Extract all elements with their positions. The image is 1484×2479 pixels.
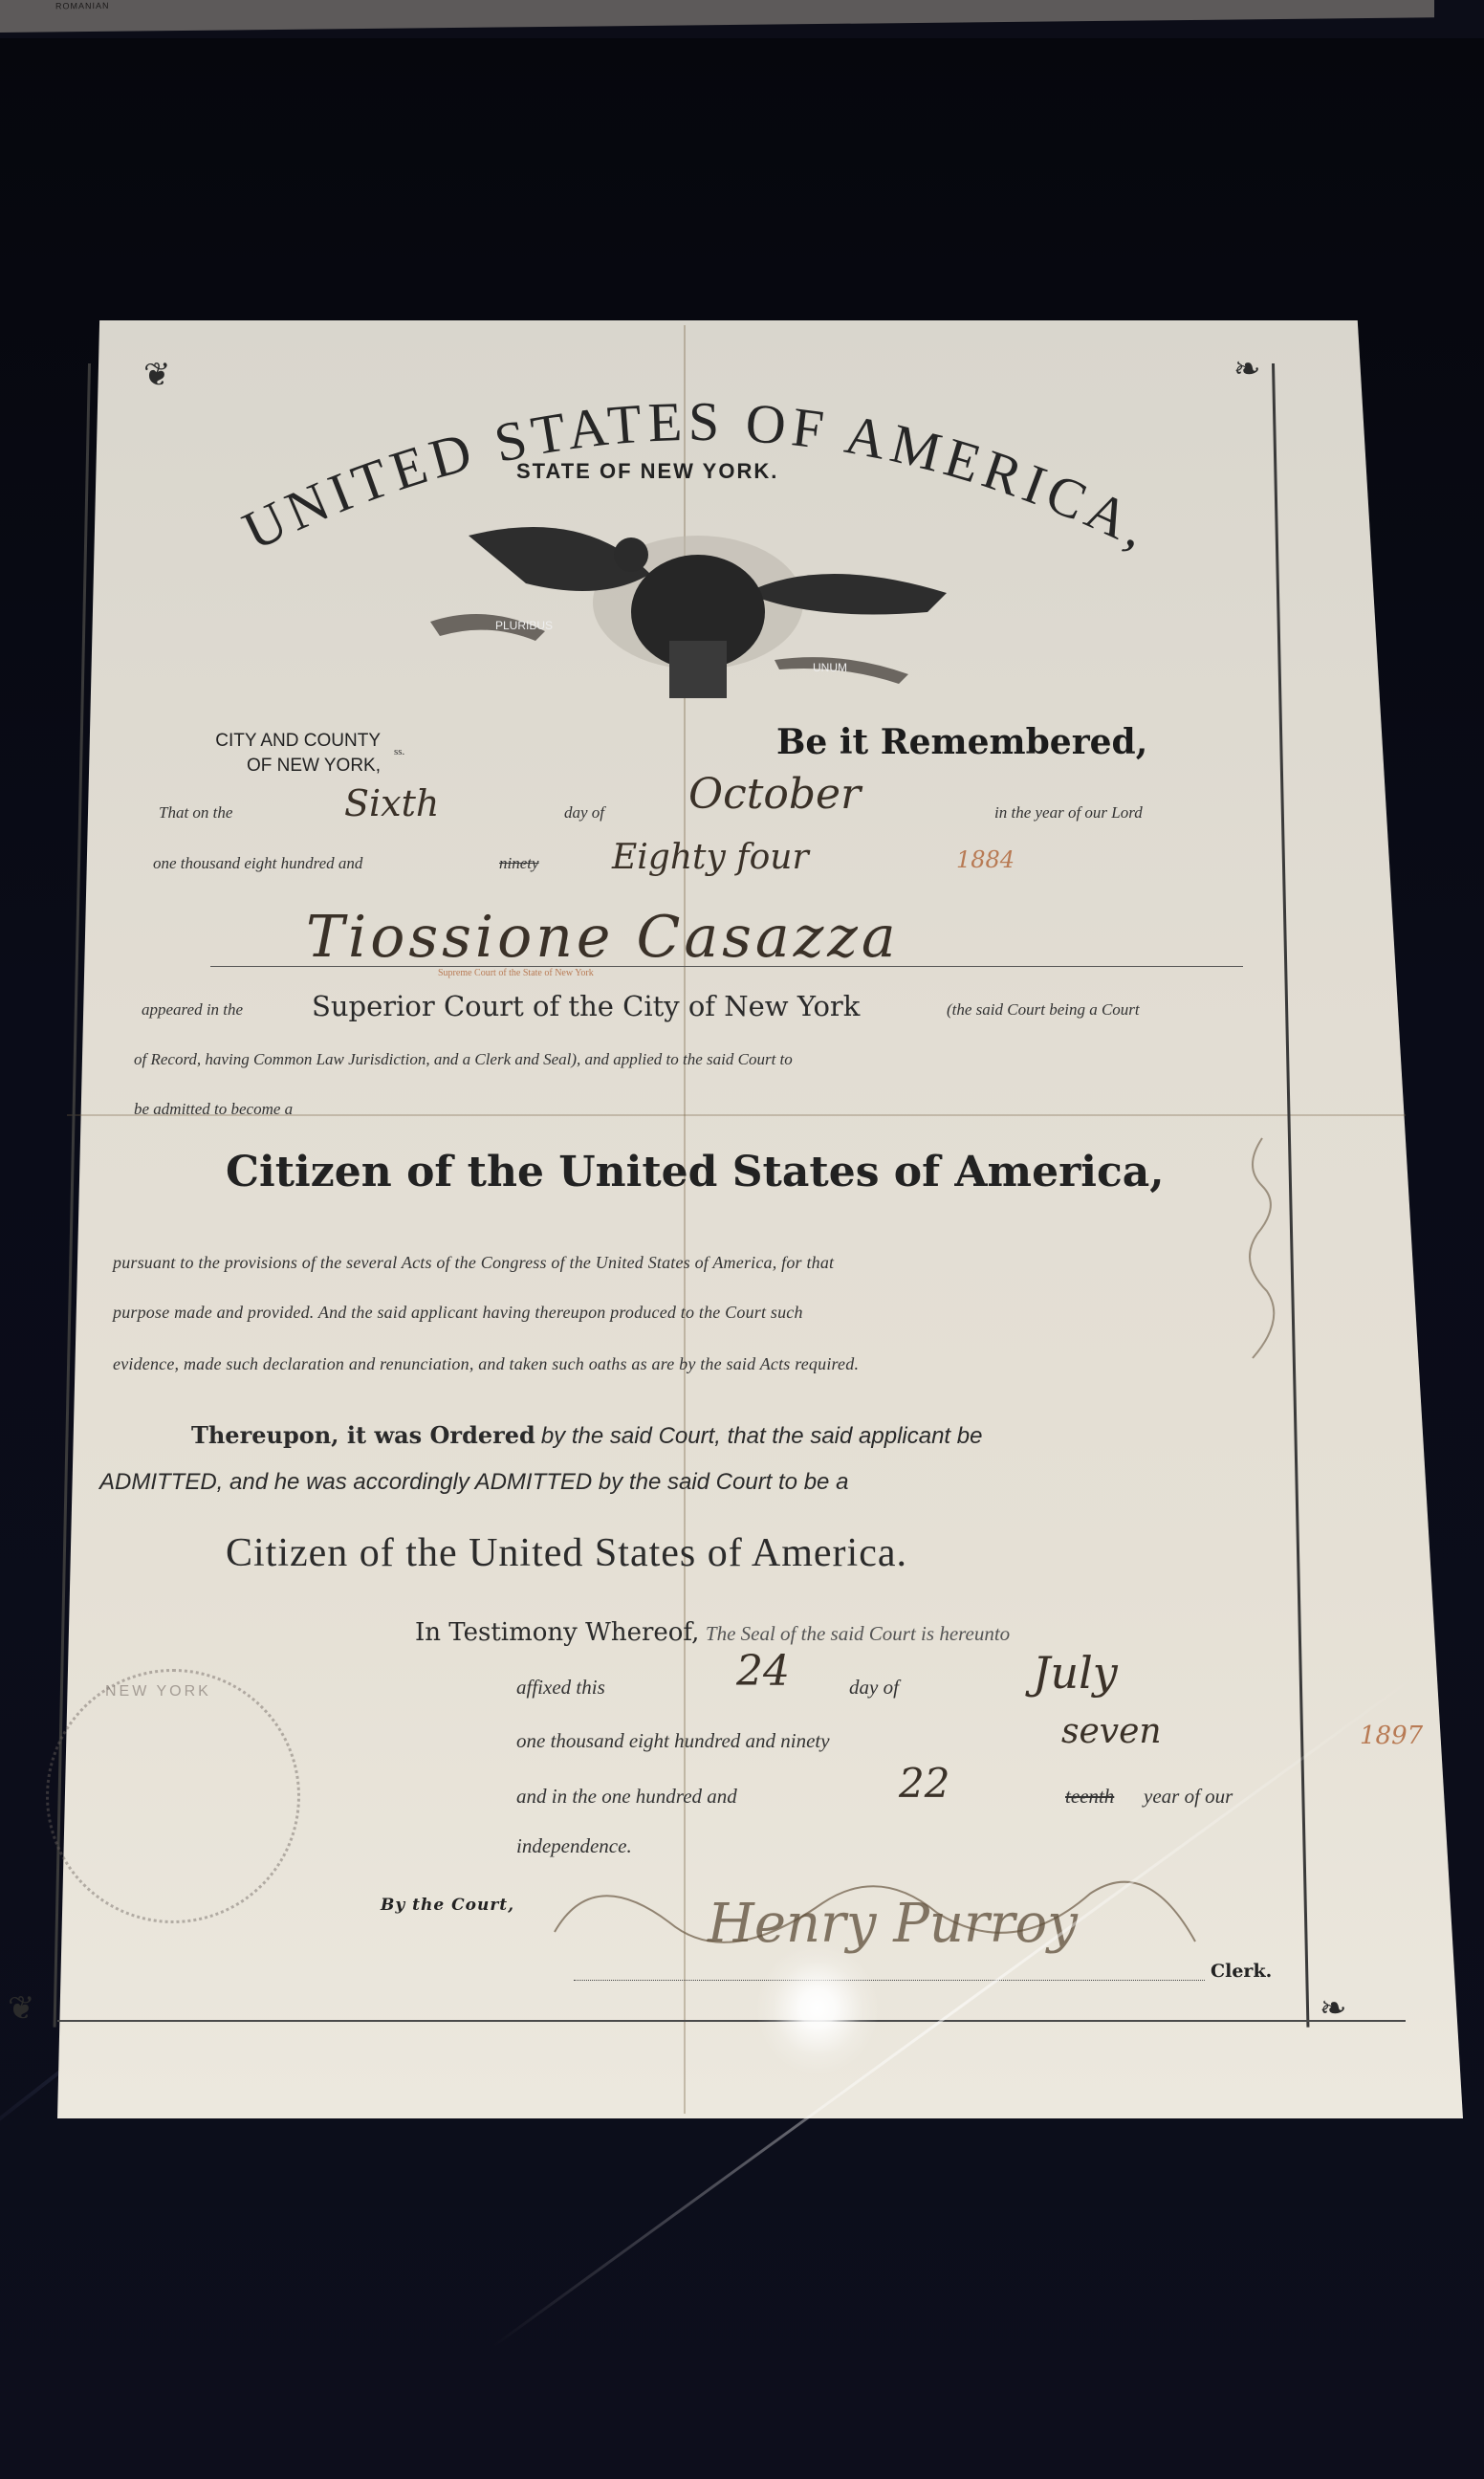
court-line-3: be admitted to become a (134, 1100, 293, 1119)
seal-text: NEW YORK (105, 1683, 211, 1700)
ornamental-border-bottom (57, 2020, 1406, 2022)
date-line-prefix: That on the (159, 803, 232, 823)
ribbon-text-left: PLURIBUS (495, 619, 553, 632)
clerk-label: Clerk. (1211, 1961, 1272, 1982)
citizen-heading: Citizen of the United States of America, (226, 1148, 1165, 1196)
embossed-seal-icon (46, 1669, 300, 1923)
year-line-prefix: one thousand eight hundred and (153, 854, 362, 873)
by-the-court-label: By the Court, (381, 1896, 514, 1915)
clerk-signature-line (574, 1980, 1205, 1981)
corner-flourish-icon: ❧ (1233, 350, 1261, 388)
testimony-line: In Testimony Whereof, The Seal of the sa… (415, 1618, 1010, 1647)
camera-flash-reflection (755, 1942, 880, 2075)
body-line-3: evidence, made such declaration and renu… (113, 1354, 859, 1374)
year-line-struck: ninety (499, 854, 539, 873)
citizen-heading-2: Citizen of the United States of America. (226, 1530, 907, 1576)
venue-line-1: CITY AND COUNTY (161, 729, 381, 754)
adjacent-frame-label: ROMANIAN (55, 1, 110, 11)
independence-struck: teenth (1065, 1785, 1114, 1809)
handwritten-month: October (688, 770, 861, 819)
court-line-prefix: appeared in the (142, 1000, 243, 1020)
venue-ss: ss. (394, 746, 404, 757)
venue-block: CITY AND COUNTY OF NEW YORK, (161, 729, 381, 779)
testimony-lead: In Testimony Whereof, (415, 1618, 699, 1647)
margin-handwritten-mark (1233, 1129, 1291, 1377)
date-line-mid: day of (564, 803, 604, 823)
handwritten-affixed-day: 24 (736, 1647, 790, 1696)
independence-suffix: year of our (1144, 1785, 1233, 1809)
order-bold: Thereupon, it was Ordered (191, 1421, 535, 1449)
handwritten-day: Sixth (344, 782, 439, 824)
order-rest: by the said Court, that the said applica… (541, 1423, 983, 1449)
state-subtitle: STATE OF NEW YORK. (516, 459, 778, 484)
court-annotation: Supreme Court of the State of New York (438, 968, 594, 978)
corner-flourish-icon: ❦ (8, 1989, 35, 2028)
handwritten-year: Eighty four (612, 838, 809, 877)
year-attest-prefix: one thousand eight hundred and ninety (516, 1729, 830, 1753)
order-line-2: ADMITTED, and he was accordingly ADMITTE… (99, 1469, 848, 1496)
order-line-1: Thereupon, it was Ordered by the said Co… (191, 1421, 982, 1450)
handwritten-attest-year: seven (1061, 1712, 1162, 1751)
court-name: Superior Court of the City of New York (312, 990, 860, 1022)
corner-flourish-icon: ❦ (143, 356, 171, 394)
handwritten-affixed-month: July (1033, 1647, 1118, 1699)
adjacent-frame-strip: ROMANIAN (0, 0, 1434, 33)
body-line-1: pursuant to the provisions of the severa… (113, 1253, 834, 1273)
handwritten-independence-year: 22 (899, 1760, 949, 1807)
court-line-suffix: (the said Court being a Court (947, 1000, 1140, 1020)
eagle-emblem-icon: PLURIBUS UNUM (411, 497, 1004, 717)
ribbon-text-right: UNUM (813, 661, 847, 674)
testimony-rest: The Seal of the said Court is hereunto (706, 1622, 1010, 1645)
corner-flourish-icon: ❧ (1320, 1989, 1347, 2028)
venue-line-2: OF NEW YORK, (161, 754, 381, 779)
court-line-2: of Record, having Common Law Jurisdictio… (134, 1050, 793, 1069)
independence-prefix: and in the one hundred and (516, 1785, 737, 1809)
be-it-remembered-heading: Be it Remembered, (776, 722, 1147, 762)
name-underline (210, 966, 1243, 967)
affixed-mid: day of (849, 1676, 899, 1700)
date-line-suffix: in the year of our Lord (994, 803, 1143, 823)
margin-year-note: 1884 (956, 846, 1015, 873)
affixed-prefix: affixed this (516, 1676, 605, 1700)
margin-attest-year: 1897 (1360, 1722, 1423, 1750)
body-line-2: purpose made and provided. And the said … (113, 1303, 803, 1323)
handwritten-applicant-name: Tiossione Casazza (306, 904, 900, 971)
